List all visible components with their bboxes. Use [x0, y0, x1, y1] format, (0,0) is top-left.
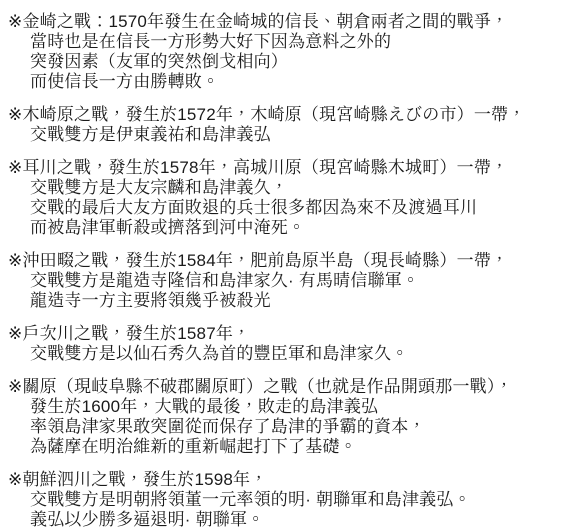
- note-line: 義弘以少勝多逼退明· 朝聯軍。: [0, 510, 576, 527]
- battle-note-mimikawa: ※耳川之戰，發生於1578年，高城川原（現宮崎縣木城町）一帶， 交戰雙方是大友宗…: [0, 158, 576, 238]
- note-line: 龍造寺一方主要將領幾乎被殺光: [0, 291, 576, 311]
- note-line: 交戰雙方是龍造寺隆信和島津家久· 有馬晴信聯軍。: [0, 271, 576, 291]
- document-page: { "page": { "background_color": "#ffffff…: [0, 0, 580, 527]
- battle-note-sekigahara: ※關原（現岐阜縣不破郡關原町）之戰（也就是作品開頭那一戰）， 發生於1600年，…: [0, 377, 576, 457]
- note-line: 而被島津軍斬殺或擠落到河中淹死。: [0, 218, 576, 238]
- note-line: 為薩摩在明治維新的重新崛起打下了基礎。: [0, 437, 576, 457]
- note-line: 交戰雙方是大友宗麟和島津義久，: [0, 178, 576, 198]
- battle-note-kanegasaki: ※金崎之戰：1570年發生在金崎城的信長、朝倉兩者之間的戰爭， 當時也是在信長一…: [0, 12, 576, 92]
- note-line: 交戰的最后大友方面敗退的兵士很多都因為來不及渡過耳川: [0, 198, 576, 218]
- battle-note-hetsugigawa: ※戶次川之戰，發生於1587年， 交戰雙方是以仙石秀久為首的豐臣軍和島津家久。: [0, 324, 576, 364]
- battle-note-sacheon: ※朝鮮泗川之戰，發生於1598年， 交戰雙方是明朝將領董一元率領的明· 朝聯軍和…: [0, 470, 576, 527]
- note-line: 交戰雙方是以仙石秀久為首的豐臣軍和島津家久。: [0, 344, 576, 364]
- note-line: ※關原（現岐阜縣不破郡關原町）之戰（也就是作品開頭那一戰），: [0, 377, 576, 397]
- note-line: ※耳川之戰，發生於1578年，高城川原（現宮崎縣木城町）一帶，: [0, 158, 576, 178]
- battle-note-okitanawate: ※沖田畷之戰，發生於1584年，肥前島原半島（現長崎縣）一帶， 交戰雙方是龍造寺…: [0, 251, 576, 311]
- note-line: 突發因素（友軍的突然倒戈相向）: [0, 52, 576, 72]
- note-line: ※木崎原之戰，發生於1572年，木崎原（現宮崎縣えびの市）一帶，: [0, 105, 576, 125]
- battle-notes-document: ※金崎之戰：1570年發生在金崎城的信長、朝倉兩者之間的戰爭， 當時也是在信長一…: [0, 0, 580, 527]
- note-line: 當時也是在信長一方形勢大好下因為意料之外的: [0, 32, 576, 52]
- note-line: 交戰雙方是伊東義祐和島津義弘: [0, 125, 576, 145]
- note-line: 交戰雙方是明朝將領董一元率領的明· 朝聯軍和島津義弘。: [0, 490, 576, 510]
- note-line: ※金崎之戰：1570年發生在金崎城的信長、朝倉兩者之間的戰爭，: [0, 12, 576, 32]
- battle-note-kizakibaru: ※木崎原之戰，發生於1572年，木崎原（現宮崎縣えびの市）一帶， 交戰雙方是伊東…: [0, 105, 576, 145]
- note-line: ※沖田畷之戰，發生於1584年，肥前島原半島（現長崎縣）一帶，: [0, 251, 576, 271]
- note-line: 發生於1600年，大戰的最後，敗走的島津義弘: [0, 397, 576, 417]
- note-line: 而使信長一方由勝轉敗。: [0, 72, 576, 92]
- note-line: ※朝鮮泗川之戰，發生於1598年，: [0, 470, 576, 490]
- note-line: ※戶次川之戰，發生於1587年，: [0, 324, 576, 344]
- note-line: 率領島津家果敢突圍從而保存了島津的爭霸的資本，: [0, 417, 576, 437]
